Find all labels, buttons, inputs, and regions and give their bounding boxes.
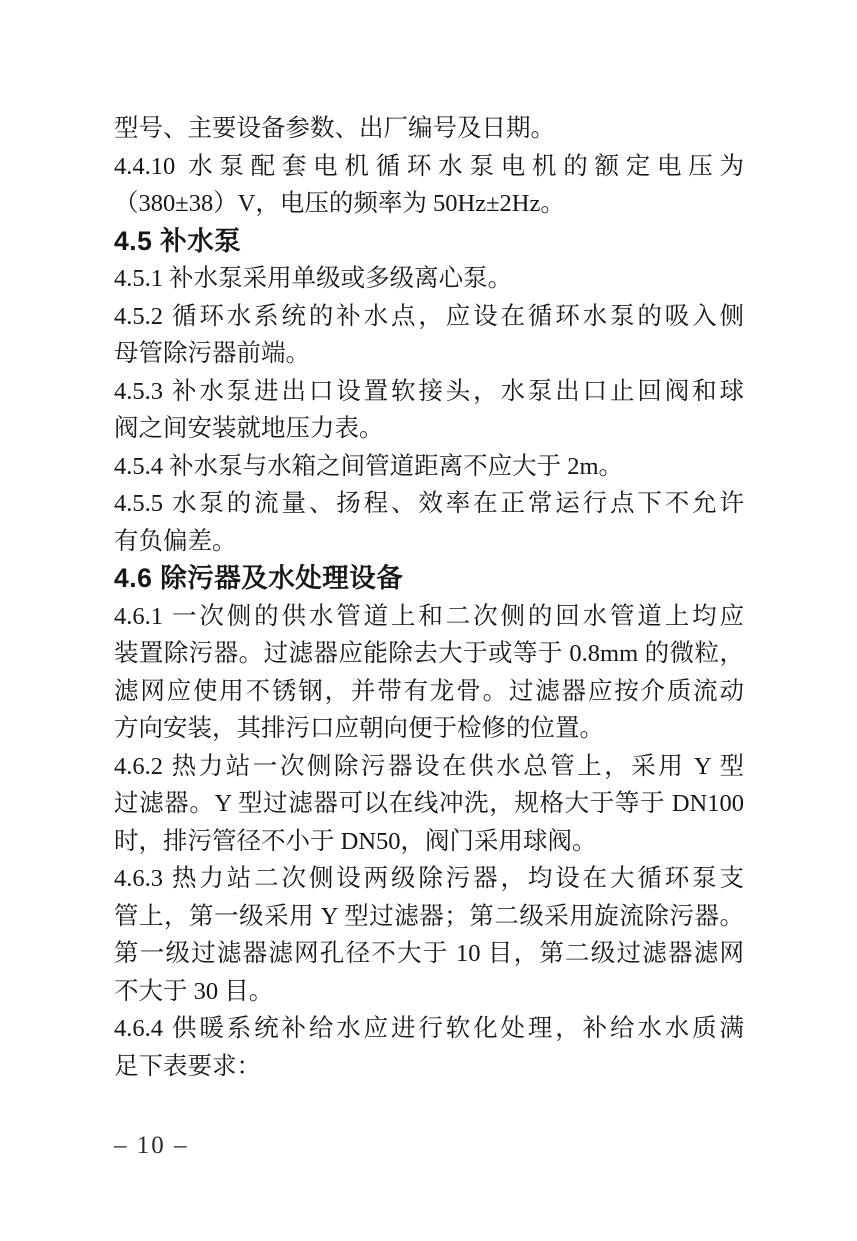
text-line: 4.6.1 一次侧的供水管道上和二次侧的回水管道上均应	[114, 598, 744, 636]
text-line: 4.5.1 补水泵采用单级或多级离心泵。	[114, 260, 744, 298]
text-line: 装置除污器。过滤器应能除去大于或等于 0.8mm 的微粒，	[114, 635, 744, 673]
text-line: 时，排污管径不小于 DN50，阀门采用球阀。	[114, 823, 744, 861]
text-line: 4.5.5 水泵的流量、扬程、效率在正常运行点下不允许	[114, 485, 744, 523]
text-line: 母管除污器前端。	[114, 335, 744, 373]
section-heading: 4.6 除污器及水处理设备	[114, 560, 744, 598]
text-line: 管上，第一级采用 Y 型过滤器；第二级采用旋流除污器。	[114, 898, 744, 936]
text-line: 足下表要求：	[114, 1048, 744, 1086]
document-page: 型号、主要设备参数、出厂编号及日期。4.4.10 水泵配套电机循环水泵电机的额定…	[0, 0, 857, 1241]
text-line: 4.5.3 补水泵进出口设置软接头，水泵出口止回阀和球	[114, 373, 744, 411]
text-line: 4.5.4 补水泵与水箱之间管道距离不应大于 2m。	[114, 448, 744, 486]
text-line: 4.5.2 循环水系统的补水点，应设在循环水泵的吸入侧	[114, 298, 744, 336]
text-line: 方向安装，其排污口应朝向便于检修的位置。	[114, 710, 744, 748]
section-heading: 4.5 补水泵	[114, 223, 744, 261]
text-line: 4.6.3 热力站二次侧设两级除污器，均设在大循环泵支	[114, 860, 744, 898]
text-line: 4.6.4 供暖系统补给水应进行软化处理，补给水水质满	[114, 1010, 744, 1048]
text-line: 过滤器。Y 型过滤器可以在线冲洗，规格大于等于 DN100	[114, 785, 744, 823]
text-line: （380±38）V，电压的频率为 50Hz±2Hz。	[114, 185, 744, 223]
text-line: 有负偏差。	[114, 523, 744, 561]
page-number: – 10 –	[114, 1131, 189, 1161]
text-line: 第一级过滤器滤网孔径不大于 10 目，第二级过滤器滤网	[114, 935, 744, 973]
text-line: 阀之间安装就地压力表。	[114, 410, 744, 448]
text-line: 型号、主要设备参数、出厂编号及日期。	[114, 110, 744, 148]
text-line: 4.4.10 水泵配套电机循环水泵电机的额定电压为	[114, 148, 744, 186]
text-line: 4.6.2 热力站一次侧除污器设在供水总管上，采用 Y 型	[114, 748, 744, 786]
text-line: 滤网应使用不锈钢，并带有龙骨。过滤器应按介质流动	[114, 673, 744, 711]
document-body: 型号、主要设备参数、出厂编号及日期。4.4.10 水泵配套电机循环水泵电机的额定…	[114, 110, 744, 1085]
text-line: 不大于 30 目。	[114, 973, 744, 1011]
